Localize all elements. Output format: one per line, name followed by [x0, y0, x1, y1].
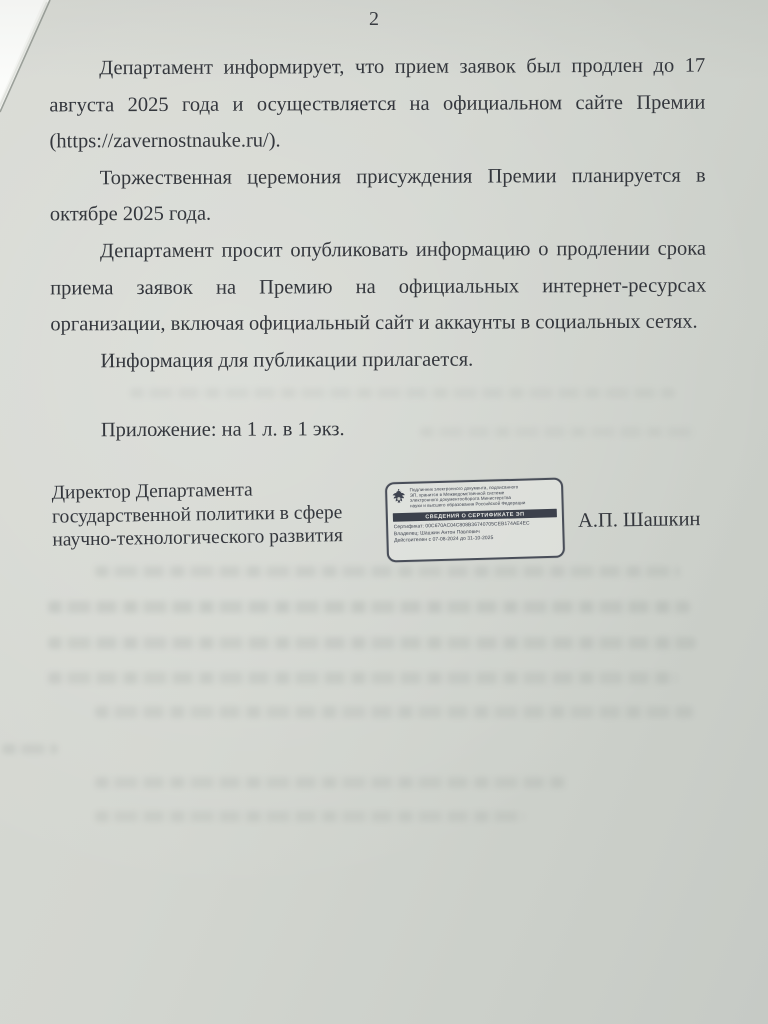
- paragraph: Торжественная церемония присуждения Прем…: [50, 157, 706, 233]
- russian-coat-of-arms-eagle-icon: [391, 488, 407, 511]
- bleed-through-line: [48, 601, 690, 613]
- page-number: 2: [0, 8, 748, 31]
- attachment-line: Приложение: на 1 л. в 1 экз.: [51, 410, 707, 449]
- bleed-through-line: [48, 672, 678, 684]
- signer-name: А.П. Шашкин: [578, 508, 701, 533]
- paragraph: Департамент информирует, что прием заяво…: [49, 48, 705, 161]
- signer-title: Директор Департамента государственной по…: [51, 476, 386, 552]
- bleed-through-line: [95, 566, 680, 577]
- bleed-through-line: [2, 744, 58, 754]
- signer-title-line: научно-технологического развития: [52, 524, 386, 553]
- signature-block: Директор Департамента государственной по…: [52, 479, 722, 560]
- bleed-through-line: [95, 706, 693, 718]
- bleed-through-line: [95, 777, 565, 788]
- digital-signature-stamp-content: Подлинник электронного документа, подпис…: [387, 480, 563, 561]
- bleed-through-line: [48, 637, 696, 649]
- paragraph: Информация для публикации прилагается.: [50, 340, 706, 379]
- document-photo: 2 Департамент информирует, что прием зая…: [0, 0, 768, 1024]
- stamp-header-text: Подлинник электронного документа, подпис…: [410, 484, 526, 508]
- digital-signature-stamp: Подлинник электронного документа, подпис…: [385, 478, 565, 563]
- bleed-through-line: [95, 811, 525, 822]
- letter-body: Департамент информирует, что прием заяво…: [49, 48, 707, 450]
- paragraph: Департамент просит опубликовать информац…: [50, 231, 706, 344]
